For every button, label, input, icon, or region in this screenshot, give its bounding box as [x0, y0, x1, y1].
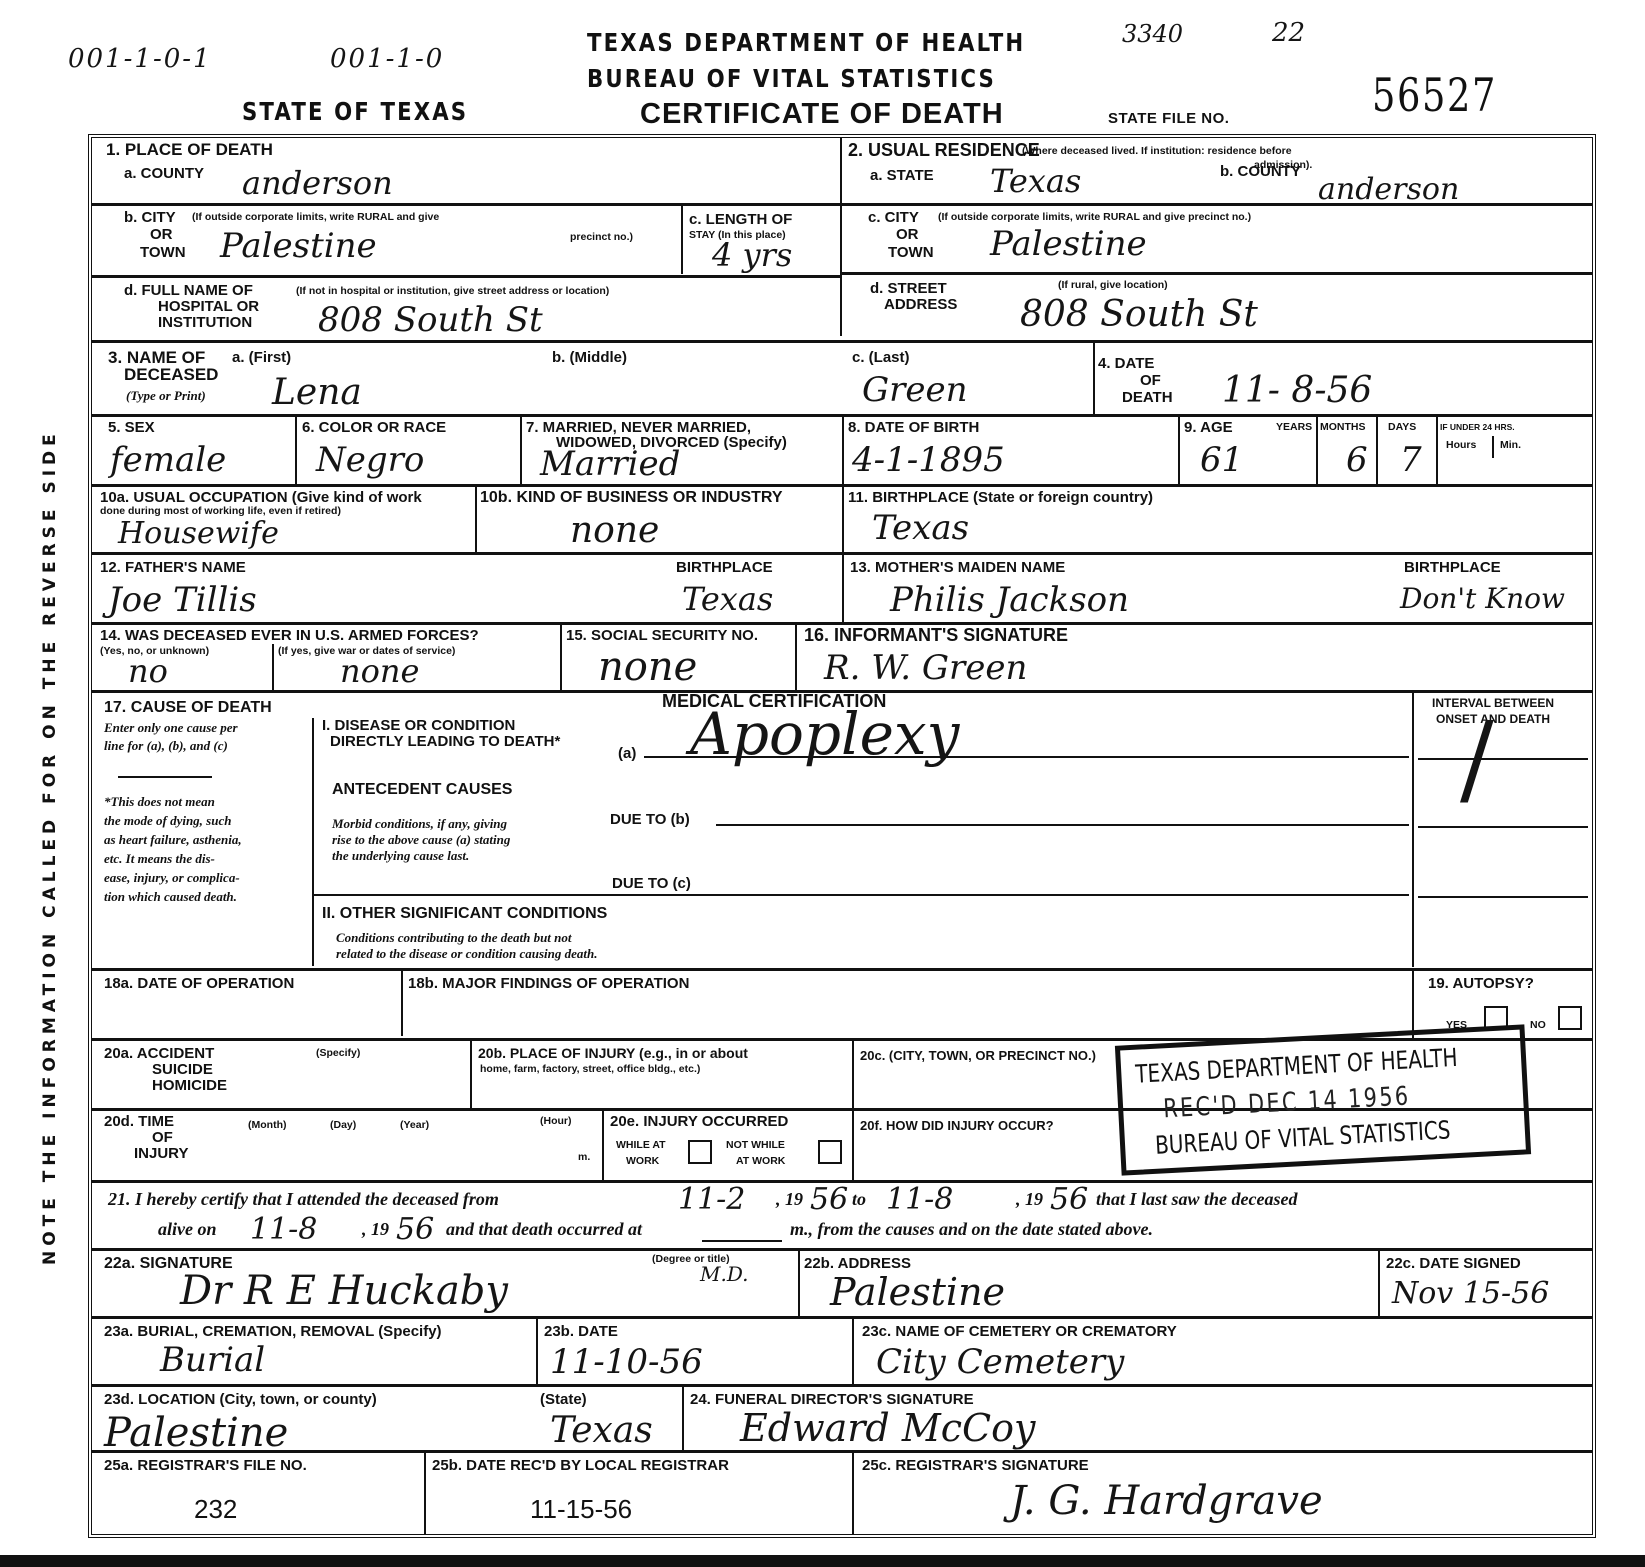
father-birthplace-label: BIRTHPLACE — [676, 560, 773, 575]
certify-text-1: 21. I hereby certify that I attended the… — [108, 1192, 499, 1207]
operation-date-label: 18a. DATE OF OPERATION — [104, 976, 294, 991]
burial-state-value: Texas — [550, 1410, 653, 1451]
certify-text-2: , 19 — [776, 1192, 803, 1207]
side-note: NOTE THE INFORMATION CALLED FOR ON THE R… — [40, 429, 60, 1265]
due-to-c-label: DUE TO (c) — [612, 876, 691, 891]
street-label-2: ADDRESS — [884, 297, 957, 312]
year-label: (Year) — [400, 1120, 429, 1131]
deceased-label-2: DECEASED — [124, 367, 218, 382]
cause-note-2: line for (a), (b), and (c) — [104, 738, 228, 753]
handwritten-code-4: 22 — [1272, 18, 1305, 48]
day-label: (Day) — [330, 1120, 356, 1131]
city-label: b. CITY — [124, 210, 176, 225]
scan-edge — [0, 1555, 1645, 1567]
physician-address-label: 22b. ADDRESS — [804, 1256, 911, 1271]
physician-address-value: Palestine — [830, 1270, 1005, 1314]
county-value: anderson — [242, 164, 393, 202]
middle-name-label: b. (Middle) — [552, 350, 627, 365]
not-while-label: NOT WHILE — [726, 1140, 785, 1151]
state-file-number: 56527 — [1372, 68, 1497, 122]
under-24-label: IF UNDER 24 HRS. — [1440, 422, 1515, 433]
registrar-file-label: 25a. REGISTRAR'S FILE NO. — [104, 1458, 307, 1473]
morbid-note: rise to the above cause (a) stating — [332, 832, 510, 847]
father-value: Joe Tillis — [108, 580, 257, 620]
injury-place-label: 20b. PLACE OF INJURY (e.g., in or about — [478, 1046, 748, 1061]
hospital-label-3: INSTITUTION — [158, 315, 252, 330]
father-birthplace-value: Texas — [682, 580, 773, 618]
mother-value: Philis Jackson — [890, 580, 1129, 620]
place-of-death-label: 1. PLACE OF DEATH — [106, 142, 273, 157]
age-days-value: 7 — [1400, 440, 1422, 480]
res-state-label: a. STATE — [870, 168, 934, 183]
footnote-line: the mode of dying, such — [104, 813, 231, 828]
hospital-note: (If not in hospital or institution, give… — [296, 286, 609, 297]
usual-residence-label: 2. USUAL RESIDENCE — [848, 143, 1040, 158]
stay-label: c. LENGTH OF — [689, 212, 792, 227]
autopsy-label: 19. AUTOPSY? — [1428, 976, 1534, 991]
dod-label-2: OF — [1140, 373, 1161, 388]
months-label: MONTHS — [1320, 422, 1366, 433]
department-title: TEXAS DEPARTMENT OF HEALTH — [587, 28, 1025, 57]
business-label: 10b. KIND OF BUSINESS OR INDUSTRY — [480, 490, 783, 505]
certify-text-9: m., from the causes and on the date stat… — [790, 1222, 1153, 1237]
last-name-value: Green — [862, 370, 968, 410]
dod-label-3: DEATH — [1122, 390, 1173, 405]
hospital-value: 808 South St — [318, 300, 543, 340]
deceased-label: 3. NAME OF — [108, 350, 205, 365]
res-city-value: Palestine — [990, 224, 1147, 264]
attended-to-year: 56 — [1050, 1182, 1088, 1217]
hours-label: Hours — [1446, 440, 1476, 451]
other-conditions-note: Conditions contributing to the death but… — [336, 930, 572, 945]
while-at-work-checkbox[interactable] — [688, 1140, 712, 1164]
certify-text-4: , 19 — [1016, 1192, 1043, 1207]
due-to-b-label: DUE TO (b) — [610, 812, 690, 827]
last-seen-alive-year: 56 — [396, 1212, 434, 1247]
street-note: (If rural, give location) — [1058, 280, 1168, 291]
city-value: Palestine — [220, 226, 377, 266]
injury-type-label-3: HOMICIDE — [152, 1078, 227, 1093]
marital-label: 7. MARRIED, NEVER MARRIED, — [526, 420, 751, 435]
state-file-label: STATE FILE NO. — [1108, 110, 1229, 127]
hour-label: (Hour) — [540, 1116, 572, 1127]
injury-how-label: 20f. HOW DID INJURY OCCUR? — [860, 1118, 1054, 1133]
days-label: DAYS — [1388, 422, 1416, 433]
state-title: STATE OF TEXAS — [242, 97, 468, 126]
attended-from-year: 56 — [810, 1182, 848, 1217]
town-label: TOWN — [140, 245, 186, 260]
county-label: a. COUNTY — [124, 166, 204, 181]
injury-place-label-2: home, farm, factory, street, office bldg… — [480, 1064, 700, 1075]
ssn-label: 15. SOCIAL SECURITY NO. — [566, 628, 758, 643]
footnote-line: tion which caused death. — [104, 889, 237, 904]
injury-city-label: 20c. (CITY, TOWN, OR PRECINCT NO.) — [860, 1048, 1096, 1063]
dod-value: 11- 8-56 — [1222, 370, 1372, 411]
or-label: OR — [150, 227, 173, 242]
occupation-value: Housewife — [118, 516, 279, 551]
mother-birthplace-label: BIRTHPLACE — [1404, 560, 1501, 575]
years-label: YEARS — [1276, 422, 1312, 433]
burial-date-value: 11-10-56 — [550, 1342, 703, 1382]
first-name-value: Lena — [272, 372, 362, 413]
other-conditions-label: II. OTHER SIGNIFICANT CONDITIONS — [322, 906, 607, 921]
dob-label: 8. DATE OF BIRTH — [848, 420, 979, 435]
registrar-date-label: 25b. DATE REC'D BY LOCAL REGISTRAR — [432, 1458, 729, 1473]
city-note-2: precinct no.) — [570, 232, 633, 243]
certify-text-3: to — [852, 1192, 866, 1207]
physician-signature: Dr R E Huckaby — [180, 1268, 508, 1314]
divider — [840, 138, 842, 336]
other-conditions-note-2: related to the disease or condition caus… — [336, 946, 597, 961]
line-a-label: (a) — [618, 746, 636, 761]
injury-type-label: 20a. ACCIDENT — [104, 1046, 214, 1061]
morbid-note: the underlying cause last. — [332, 848, 469, 863]
not-at-work-checkbox[interactable] — [818, 1140, 842, 1164]
res-county-value: anderson — [1318, 172, 1459, 207]
usual-residence-note: (Where deceased lived. If institution: r… — [1022, 146, 1292, 157]
degree-value: M.D. — [700, 1262, 749, 1286]
injury-time-label: 20d. TIME — [104, 1114, 174, 1129]
certify-text-5: that I last saw the deceased — [1096, 1192, 1298, 1207]
burial-label: 23a. BURIAL, CREMATION, REMOVAL (Specify… — [104, 1324, 442, 1339]
res-state-value: Texas — [990, 162, 1081, 200]
cause-note: Enter only one cause per — [104, 720, 238, 735]
injury-time-label-3: INJURY — [134, 1146, 188, 1161]
while-at-label: WHILE AT — [616, 1140, 666, 1151]
min-label: Min. — [1500, 440, 1521, 451]
certify-text-6: alive on — [158, 1222, 217, 1237]
attended-from-value: 11-2 — [678, 1182, 745, 1217]
deceased-label-3: (Type or Print) — [126, 388, 206, 403]
sex-value: female — [110, 440, 226, 480]
work-label: WORK — [626, 1156, 659, 1167]
attended-to-value: 11-8 — [886, 1182, 953, 1217]
handwritten-code-1: 001-1-0-1 — [68, 44, 212, 74]
ssn-value: none — [598, 644, 697, 690]
certify-text-8: and that death occurred at — [446, 1222, 642, 1237]
cemetery-value: City Cemetery — [876, 1342, 1124, 1382]
certificate-title: CERTIFICATE OF DEATH — [640, 98, 1004, 131]
injury-occurred-label: 20e. INJURY OCCURRED — [610, 1114, 788, 1129]
morbid-note: Morbid conditions, if any, giving — [332, 816, 507, 831]
registrar-signature-label: 25c. REGISTRAR'S SIGNATURE — [862, 1458, 1089, 1473]
autopsy-no-label: NO — [1530, 1020, 1546, 1031]
funeral-director-signature: Edward McCoy — [740, 1406, 1035, 1450]
injury-time-label-2: OF — [152, 1130, 173, 1145]
burial-state-label: (State) — [540, 1392, 587, 1407]
informant-signature: R. W. Green — [824, 648, 1027, 688]
operation-findings-label: 18b. MAJOR FINDINGS OF OPERATION — [408, 976, 689, 991]
father-label: 12. FATHER'S NAME — [100, 560, 246, 575]
burial-date-label: 23b. DATE — [544, 1324, 618, 1339]
birthplace-value: Texas — [872, 508, 969, 548]
footnote-line: etc. It means the dis- — [104, 851, 215, 866]
disease-label-2: DIRECTLY LEADING TO DEATH* — [330, 734, 560, 749]
date-signed-label: 22c. DATE SIGNED — [1386, 1256, 1521, 1271]
armed-forces-value: no — [128, 652, 168, 690]
certify-text-7: , 19 — [362, 1222, 389, 1237]
armed-forces-label: 14. WAS DECEASED EVER IN U.S. ARMED FORC… — [100, 628, 479, 643]
burial-location-label: 23d. LOCATION (City, town, or county) — [104, 1392, 377, 1407]
mother-birthplace-value: Don't Know — [1400, 582, 1565, 615]
footnote-line: as heart failure, asthenia, — [104, 832, 242, 847]
disease-label: I. DISEASE OR CONDITION — [322, 718, 515, 733]
date-signed-value: Nov 15-56 — [1392, 1276, 1549, 1311]
cause-a-value: Apoplexy — [690, 700, 959, 768]
registrar-date-value: 11-15-56 — [530, 1494, 632, 1525]
footnote-line: ease, injury, or complica- — [104, 870, 240, 885]
dod-label: 4. DATE — [1098, 356, 1154, 371]
sex-label: 5. SEX — [108, 420, 155, 435]
antecedent-label: ANTECEDENT CAUSES — [332, 782, 512, 797]
res-city-label: c. CITY — [868, 210, 919, 225]
city-note: (If outside corporate limits, write RURA… — [192, 212, 439, 223]
race-label: 6. COLOR OR RACE — [302, 420, 446, 435]
month-label: (Month) — [248, 1120, 286, 1131]
res-county-label: b. COUNTY — [1220, 164, 1301, 179]
injury-type-label-2: SUICIDE — [152, 1062, 213, 1077]
race-value: Negro — [316, 440, 424, 480]
dob-value: 4-1-1895 — [852, 440, 1005, 480]
age-label: 9. AGE — [1184, 420, 1233, 435]
stamp-line-2: REC'D DEC 14 1956 — [1162, 1081, 1411, 1124]
age-months-value: 6 — [1346, 440, 1368, 480]
business-value: none — [570, 510, 659, 551]
stay-value: 4 yrs — [712, 236, 792, 274]
handwritten-code-3: 3340 — [1122, 20, 1183, 48]
occupation-label: 10a. USUAL OCCUPATION (Give kind of work — [100, 490, 422, 505]
cause-of-death-label: 17. CAUSE OF DEATH — [104, 700, 272, 715]
autopsy-no-checkbox[interactable] — [1558, 1006, 1582, 1030]
last-seen-alive-value: 11-8 — [250, 1212, 317, 1247]
handwritten-code-2: 001-1-0 — [330, 44, 444, 74]
at-work-label: AT WORK — [736, 1156, 785, 1167]
last-name-label: c. (Last) — [852, 350, 910, 365]
informant-label: 16. INFORMANT'S SIGNATURE — [804, 628, 1068, 643]
received-stamp: TEXAS DEPARTMENT OF HEALTH REC'D DEC 14 … — [1115, 1024, 1531, 1175]
street-label: d. STREET — [870, 281, 947, 296]
street-value: 808 South St — [1020, 294, 1258, 335]
first-name-label: a. (First) — [232, 350, 291, 365]
mother-label: 13. MOTHER'S MAIDEN NAME — [850, 560, 1065, 575]
hospital-label: d. FULL NAME OF — [124, 283, 253, 298]
funeral-director-label: 24. FUNERAL DIRECTOR'S SIGNATURE — [690, 1392, 974, 1407]
bureau-title: BUREAU OF VITAL STATISTICS — [587, 64, 996, 93]
birthplace-label: 11. BIRTHPLACE (State or foreign country… — [848, 490, 1153, 505]
m-label: m. — [578, 1152, 590, 1163]
res-town-label: TOWN — [888, 245, 934, 260]
registrar-signature: J. G. Hardgrave — [1010, 1478, 1323, 1524]
res-or-label: OR — [896, 227, 919, 242]
res-city-note: (If outside corporate limits, write RURA… — [938, 212, 1251, 223]
burial-value: Burial — [160, 1340, 265, 1380]
footnote-line: *This does not mean — [104, 794, 215, 809]
hospital-label-2: HOSPITAL OR — [158, 299, 259, 314]
specify-label: (Specify) — [316, 1048, 360, 1059]
interval-value: / — [1460, 700, 1494, 817]
cemetery-label: 23c. NAME OF CEMETERY OR CREMATORY — [862, 1324, 1177, 1339]
age-years-value: 61 — [1200, 440, 1243, 480]
marital-value: Married — [540, 444, 680, 484]
war-value: none — [340, 652, 419, 690]
registrar-file-value: 232 — [194, 1494, 237, 1525]
